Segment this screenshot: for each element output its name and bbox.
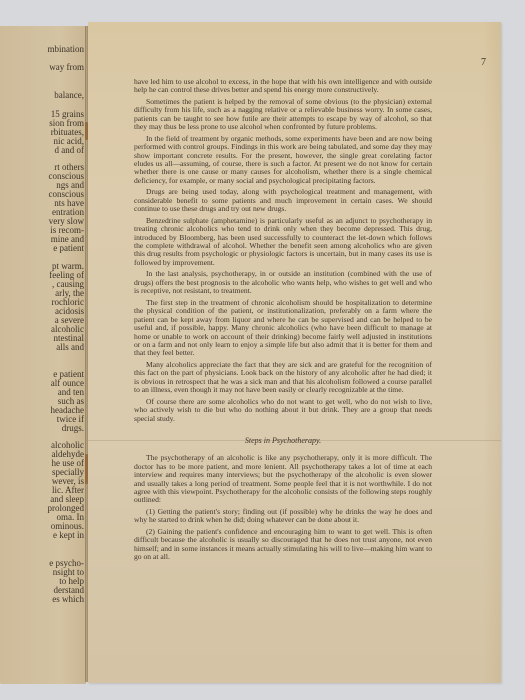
left-page-text-fragment: mbination bbox=[48, 45, 85, 55]
left-page-text-fragment: es which bbox=[52, 595, 84, 605]
paragraph: Drugs are being used today, along with p… bbox=[134, 188, 432, 213]
left-page-text-fragment: drugs. bbox=[62, 424, 84, 434]
step-1-paragraph: (1) Getting the patient's story; finding… bbox=[134, 508, 432, 525]
left-page-text-fragment: balance, bbox=[54, 91, 84, 101]
left-page-text-fragment: d and of bbox=[55, 146, 85, 156]
paragraph: In the field of treatment by organic met… bbox=[134, 135, 432, 185]
step-2-paragraph: (2) Gaining the patient's confidence and… bbox=[134, 528, 432, 562]
paragraph: The first step in the treatment of chron… bbox=[134, 299, 432, 358]
left-page-text-fragment: alls and bbox=[56, 343, 84, 353]
left-page-text-fragment: way from bbox=[49, 63, 84, 73]
page-number: 7 bbox=[481, 57, 486, 68]
section-heading: Steps in Psychotherapy. bbox=[134, 437, 432, 445]
paragraph: Sometimes the patient is helped by the r… bbox=[134, 98, 432, 132]
paragraph: Many alcoholics appreciate the fact that… bbox=[134, 361, 432, 395]
right-page: 7 have led him to use alcohol to excess,… bbox=[88, 22, 501, 683]
section-paragraph: The psychotherapy of an alcoholic is lik… bbox=[134, 454, 432, 504]
paragraph: Benzedrine sulphate (amphetamine) is par… bbox=[134, 217, 432, 267]
paragraph: have led him to use alcohol to excess, i… bbox=[134, 78, 432, 95]
left-page-text-fragment: e patient bbox=[53, 244, 84, 254]
paragraph: Of course there are some alcoholics who … bbox=[134, 398, 432, 423]
left-page: mbinationway frombalance,15 grainssion f… bbox=[0, 26, 86, 684]
paragraph: In the last analysis, psychotherapy, in … bbox=[134, 270, 432, 295]
left-page-text-fragment: e kept in bbox=[53, 531, 84, 541]
body-text: have led him to use alcohol to excess, i… bbox=[134, 78, 432, 565]
